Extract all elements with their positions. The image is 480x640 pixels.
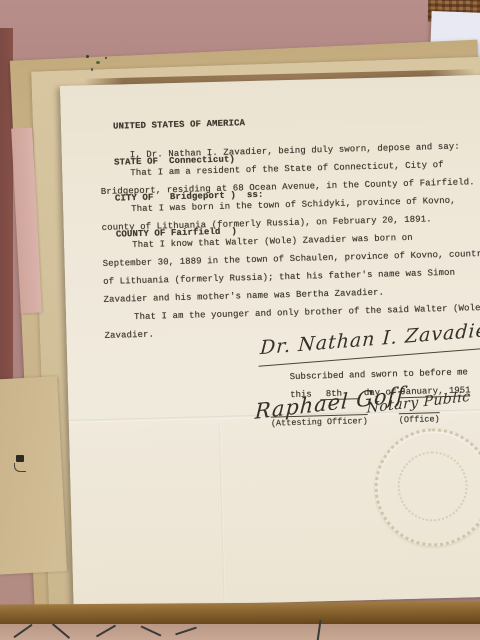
left-paper-ink-mark xyxy=(14,455,28,473)
green-speck xyxy=(96,61,100,64)
venue-country-line: UNITED STATES OF AMERICA xyxy=(113,117,262,133)
paper-crease xyxy=(219,422,226,602)
photo-scene: UNITED STATES OF AMERICA STATE OF Connec… xyxy=(0,0,480,640)
ink-speck xyxy=(105,57,107,59)
office-label: (Office) xyxy=(399,412,440,425)
floor xyxy=(0,624,480,640)
jurat-subscribed-line: Subscribed and sworn to before me xyxy=(290,367,468,382)
ink-speck xyxy=(86,55,89,58)
affidavit-document: UNITED STATES OF AMERICA STATE OF Connec… xyxy=(60,75,480,608)
embossed-notary-seal-inner-ring xyxy=(397,450,469,522)
left-paper-corner xyxy=(0,376,67,575)
affidavit-body: I, Dr. Nathan I. Zavadier, being duly sw… xyxy=(100,141,480,349)
embossed-notary-seal xyxy=(373,427,480,548)
ink-speck xyxy=(91,68,93,71)
